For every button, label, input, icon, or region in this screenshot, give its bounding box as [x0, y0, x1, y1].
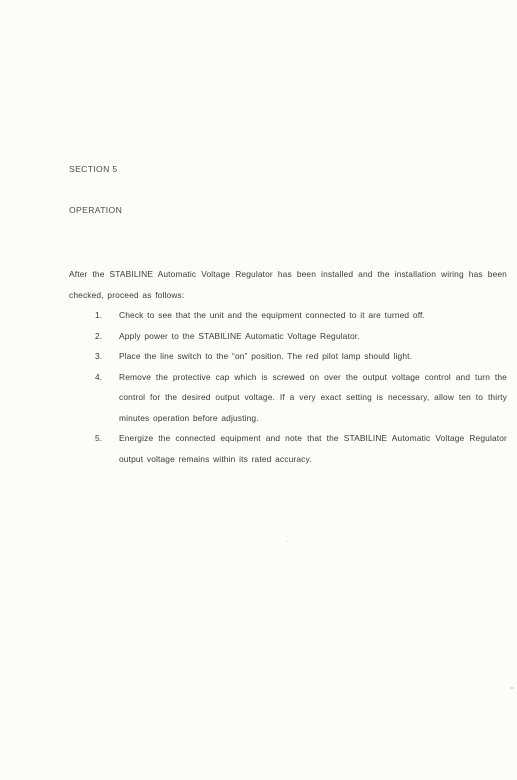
step-text: Remove the protective cap which is screw…: [119, 367, 507, 429]
step-text: Check to see that the unit and the equip…: [119, 305, 507, 326]
step-number: 3.: [95, 346, 119, 367]
intro-paragraph: After the STABILINE Automatic Voltage Re…: [69, 264, 507, 306]
step-number: 2.: [95, 326, 119, 347]
operation-steps-list: 1. Check to see that the unit and the eq…: [95, 305, 507, 469]
list-item: 5. Energize the connected equipment and …: [95, 428, 507, 469]
section-heading: OPERATION: [69, 205, 122, 215]
list-item: 2. Apply power to the STABILINE Automati…: [95, 326, 507, 347]
list-item: 4. Remove the protective cap which is sc…: [95, 367, 507, 429]
step-text: Energize the connected equipment and not…: [119, 428, 507, 469]
step-number: 1.: [95, 305, 119, 326]
step-number: 5.: [95, 428, 119, 469]
step-number: 4.: [95, 367, 119, 429]
section-label: SECTION 5: [69, 164, 118, 174]
list-item: 1. Check to see that the unit and the eq…: [95, 305, 507, 326]
document-page: SECTION 5 OPERATION After the STABILINE …: [0, 0, 517, 780]
paper-speck: [511, 687, 513, 689]
step-text: Place the line switch to the “on” positi…: [119, 346, 507, 367]
paper-speck: [287, 541, 288, 542]
step-text: Apply power to the STABILINE Automatic V…: [119, 326, 507, 347]
list-item: 3. Place the line switch to the “on” pos…: [95, 346, 507, 367]
